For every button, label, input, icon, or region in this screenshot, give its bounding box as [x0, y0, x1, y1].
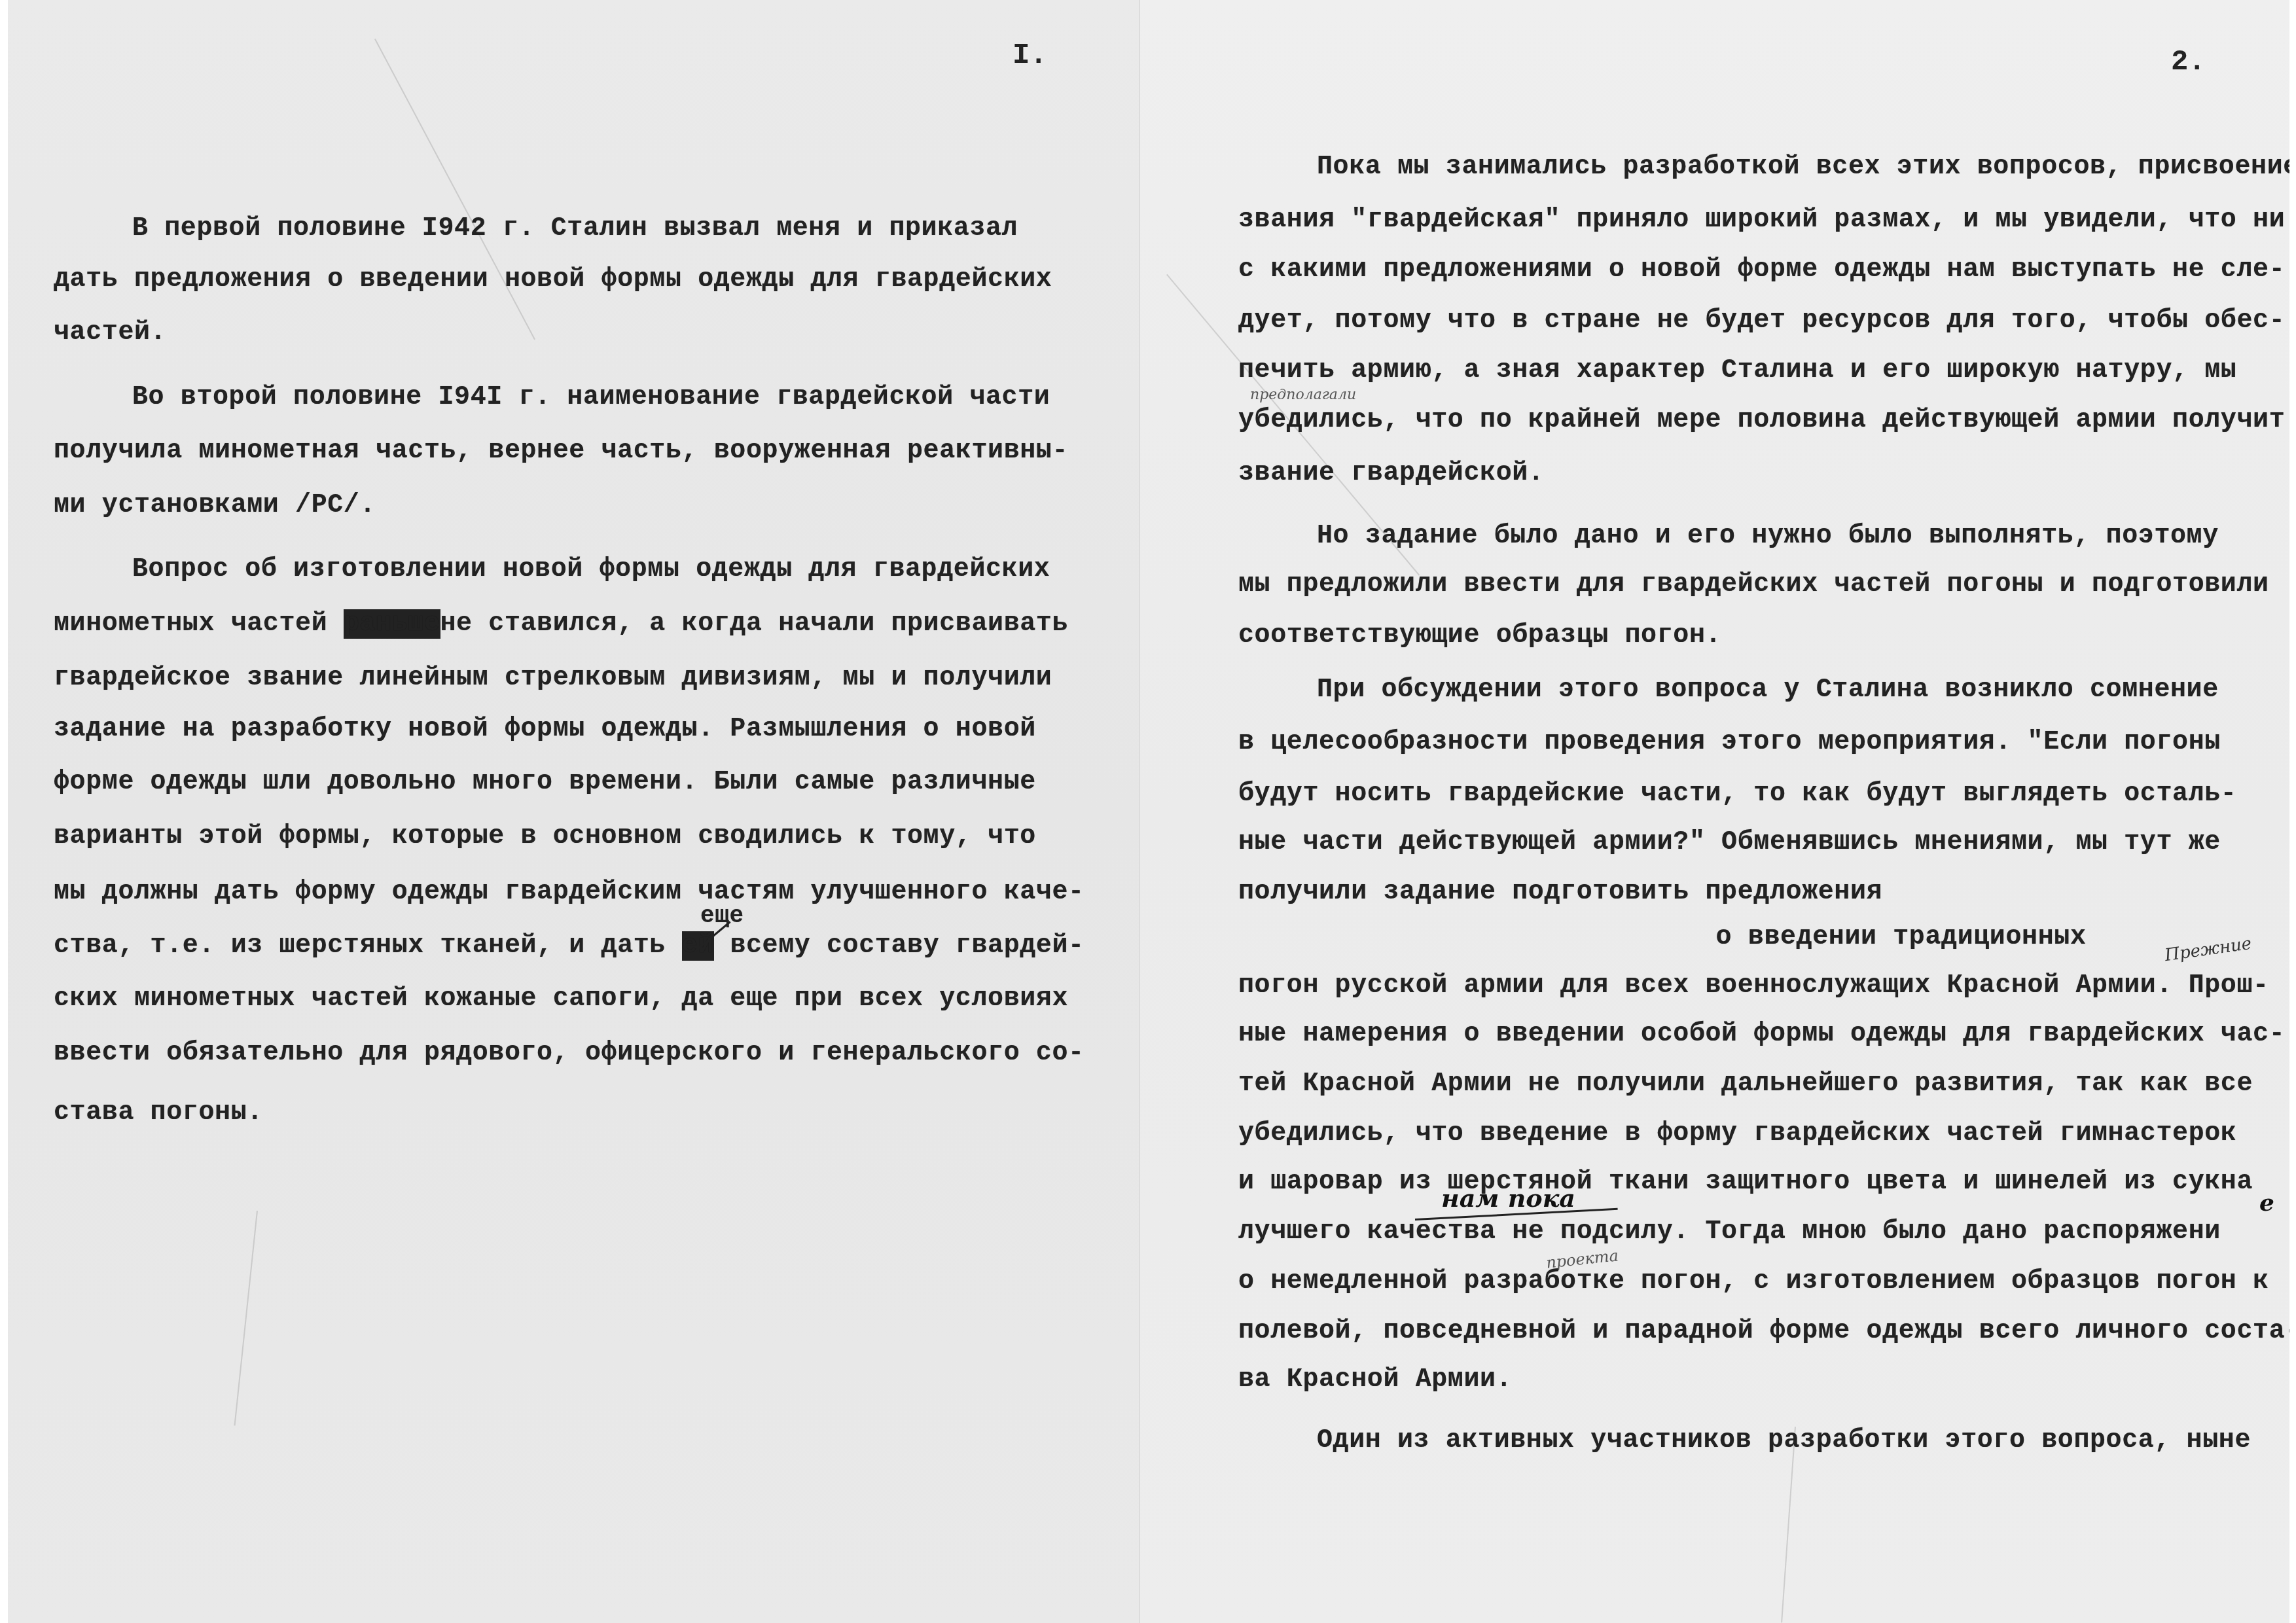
- text-line: и шаровар из шерстяной ткани защитного ц…: [1238, 1169, 2253, 1196]
- text-line: форме одежды шли довольно много времени.…: [54, 770, 1036, 796]
- text-line: убедились, что введение в форму гвардейс…: [1238, 1121, 2236, 1147]
- text-fragment: всему составу гвардей-: [714, 931, 1085, 961]
- text-line: минометных частей раньшене ставился, а к…: [54, 611, 1068, 637]
- text-line: звание гвардейской.: [1238, 461, 1544, 487]
- text-line: Пока мы занимались разработкой всех этих…: [1317, 154, 2289, 181]
- text-line: става погоны.: [54, 1100, 263, 1126]
- text-fragment: не ставился, а когда начали присваивать: [440, 609, 1069, 639]
- text-line: в целесообразности проведения этого меро…: [1238, 730, 2221, 756]
- text-line: получила минометная часть, вернее часть,…: [54, 438, 1068, 465]
- text-line: задание на разработку новой формы одежды…: [54, 717, 1036, 743]
- text-line: ввести обязательно для рядового, офицерс…: [54, 1041, 1085, 1067]
- text-line: о введении традиционных: [1716, 925, 2087, 951]
- paper-crease: [234, 1211, 258, 1425]
- text-line: полевой, повседневной и парадной форме о…: [1238, 1319, 2289, 1345]
- text-line: ные части действующей армии?" Обменявшис…: [1238, 830, 2221, 856]
- text-line: будут носить гвардейские части, то как б…: [1238, 781, 2236, 808]
- text-line: убедились, что по крайней мере половина …: [1238, 408, 2285, 434]
- text-line: ми установками /РС/.: [54, 493, 376, 519]
- text-line: ских минометных частей кожаные сапоги, д…: [54, 986, 1068, 1012]
- document-page-1: I. В первой половине I942 г. Сталин вызв…: [8, 0, 1139, 1623]
- text-line: гвардейское звание линейным стрелковым д…: [54, 666, 1052, 692]
- text-line: Во второй половине I94I г. наименование …: [132, 385, 1050, 411]
- text-line: дать предложения о введении новой формы …: [54, 267, 1052, 293]
- handwritten-annotation: е: [2259, 1191, 2274, 1215]
- inserted-word: еще: [700, 904, 744, 928]
- handwritten-annotation: Прежние: [2164, 935, 2253, 964]
- text-line: звания "гвардейская" приняло широкий раз…: [1238, 207, 2285, 234]
- page-number: I.: [1013, 39, 1047, 72]
- paper-crease: [1781, 1427, 1796, 1622]
- overtyped-word: раньше: [344, 609, 440, 639]
- text-line: В первой половине I942 г. Сталин вызвал …: [132, 216, 1018, 242]
- text-line: частей.: [54, 320, 166, 346]
- paper-crease: [374, 39, 535, 340]
- page-number: 2.: [2171, 46, 2206, 79]
- text-line: соответствующие образцы погон.: [1238, 623, 1721, 649]
- handwritten-annotation: нам пока: [1441, 1186, 1575, 1211]
- text-line: тей Красной Армии не получили дальнейшег…: [1238, 1071, 2253, 1097]
- text-line: печить армию, а зная характер Сталина и …: [1238, 358, 2236, 384]
- text-line: При обсуждении этого вопроса у Сталина в…: [1317, 677, 2219, 704]
- text-line: лучшего качества не подсилу. Тогда мною …: [1238, 1219, 2221, 1245]
- text-line: варианты этой формы, которые в основном …: [54, 824, 1036, 850]
- text-line: получили задание подготовить предложения: [1238, 880, 1882, 906]
- text-line: с какими предложениями о новой форме оде…: [1238, 257, 2285, 283]
- text-line: погон русской армии для всех военнослужа…: [1238, 973, 2269, 999]
- text-line: ные намерения о введении особой формы од…: [1238, 1022, 2285, 1048]
- overtyped-word: ей: [682, 931, 714, 961]
- text-line: ства, т.е. из шерстяных тканей, и дать е…: [54, 933, 1085, 959]
- text-line: дует, потому что в стране не будет ресур…: [1238, 308, 2285, 334]
- handwritten-annotation: предполагали: [1250, 388, 1356, 402]
- text-line: мы предложили ввести для гвардейских час…: [1238, 572, 2269, 598]
- text-line: о немедленной разработке погон, с изгото…: [1238, 1269, 2269, 1295]
- text-line: Вопрос об изготовлении новой формы одежд…: [132, 557, 1050, 583]
- text-line: мы должны дать форму одежды гвардейским …: [54, 880, 1085, 906]
- text-line: Один из активных участников разработки э…: [1317, 1428, 2251, 1454]
- document-page-2: 2. Пока мы занимались разработкой всех э…: [1139, 0, 2289, 1623]
- text-line: ва Красной Армии.: [1238, 1367, 1512, 1393]
- text-line: Но задание было дано и его нужно было вы…: [1317, 524, 2219, 550]
